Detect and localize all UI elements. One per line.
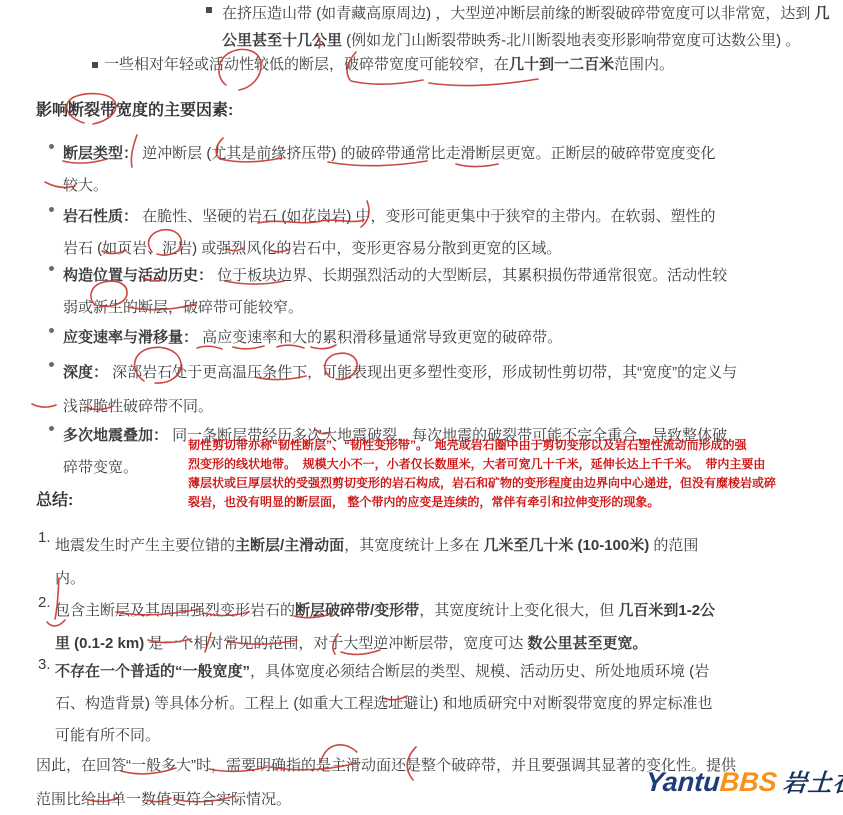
text-segment: 是一个相对常见的范围，对于大型逆冲断层带，宽度可达 <box>144 635 527 652</box>
text-segment: 因此，在回答“一般多大”时，需要明确指的是主滑动面还是整个破碎带，并且要强调其显… <box>36 757 736 774</box>
document-page: 在挤压造山带 (如青藏高原周边) ，大型逆冲断层前缘的断裂破碎带宽度可以非常宽，… <box>0 0 843 815</box>
text-line: 因此，在回答“一般多大”时，需要明确指的是主滑动面还是整个破碎带，并且要强调其显… <box>36 749 736 783</box>
text-segment: 裂岩，也没有明显的断层面， 整个带内的应变是连续的，常伴有牵引和拉伸变形的现象。 <box>188 495 659 509</box>
text-segment: ，其宽度统计上变化很大，但 <box>419 602 618 619</box>
factor-rock-properties: 岩石性质： 在脆性、坚硬的岩石 (如花岗岩) 中，变形可能更集中于狭窄的主带内。… <box>63 201 716 265</box>
text-segment: 断层类型： <box>63 145 138 162</box>
text-segment: 逆冲断层 (尤其是前缘挤压带) 的破碎带通常比走滑断层更宽。正断层的破碎带宽度变… <box>138 145 716 162</box>
summary-item-no-universal-width: 不存在一个普适的“一般宽度”，具体宽度必须结合断层的类型、规模、活动历史、所处地… <box>55 656 713 752</box>
text-line: 深度： 深部岩石处于更高温压条件下，可能表现出更多塑性变形，形成韧性剪切带，其“… <box>63 356 737 390</box>
closing-paragraph: 因此，在回答“一般多大”时，需要明确指的是主滑动面还是整个破碎带，并且要强调其显… <box>36 749 736 815</box>
text-segment: 韧性剪切带亦称“韧性断层”、“韧性变形带”。 地壳或岩石圈中由于剪切变形以及岩石… <box>188 438 747 452</box>
bullet-dot-icon <box>49 328 54 333</box>
text-line: 内。 <box>55 562 698 595</box>
list-number: 3. <box>38 656 51 673</box>
factor-fault-type: 断层类型： 逆冲断层 (尤其是前缘挤压带) 的破碎带通常比走滑断层更宽。正断层的… <box>63 138 716 202</box>
text-segment: 位于板块边界、长期强烈活动的大型断层，其累积损伤带通常很宽。活动性较 <box>213 267 727 284</box>
text-segment: 高应变速率和大的累积滑移量通常导致更宽的破碎带。 <box>198 329 562 346</box>
text-segment: 浅部脆性破碎带不同。 <box>63 398 213 415</box>
text-segment: ，具体宽度必须结合断层的类型、规模、活动历史、所处地质环境 (岩 <box>250 663 709 680</box>
text-segment: ，其宽度统计上多在 <box>344 537 483 554</box>
text-segment: 深度： <box>63 364 108 381</box>
bullet-young-faults: 一些相对年轻或活动性较低的断层，破碎带宽度可能较窄，在几十到一二百米范围内。 <box>104 55 674 75</box>
factor-strain-rate: 应变速率与滑移量： 高应变速率和大的累积滑移量通常导致更宽的破碎带。 <box>63 322 562 354</box>
text-line: 地震发生时产生主要位错的主断层/主滑动面，其宽度统计上多在 几米至几十米 (10… <box>55 529 698 562</box>
text-segment: 烈变形的线状地带。 规模大小不一，小者仅长数厘米，大者可宽几十千米，延伸长达上千… <box>188 457 765 471</box>
text-line: 构造位置与活动历史： 位于板块边界、长期强烈活动的大型断层，其累积损伤带通常很宽… <box>63 260 727 292</box>
text-segment: 包含主断层及其周围强烈变形岩石的 <box>55 602 295 619</box>
square-bullet-icon <box>206 7 212 13</box>
text-line: 较大。 <box>63 170 716 202</box>
text-segment: 薄层状或巨厚层状的受强烈剪切变形的岩石构成，岩石和矿物的变形程度由边界向中心递进… <box>188 476 776 490</box>
pen-stroke <box>32 404 56 407</box>
text-segment: 深部岩石处于更高温压条件下，可能表现出更多塑性变形，形成韧性剪切带，其“宽度”的… <box>108 364 737 381</box>
text-segment: 范围比给出单一数值更符合实际情况。 <box>36 791 291 808</box>
pen-stroke <box>351 80 423 84</box>
heading-factors: 影响断裂带宽度的主要因素: <box>36 97 233 120</box>
yantubbs-watermark-logo: YantuBBS岩土在线 <box>645 763 843 798</box>
text-segment: 几米至几十米 (10-100米) <box>483 537 649 554</box>
list-number: 1. <box>38 529 51 546</box>
text-line: 薄层状或巨厚层状的受强烈剪切变形的岩石构成，岩石和矿物的变形程度由边界向中心递进… <box>188 474 776 493</box>
text-segment: 较大。 <box>63 177 108 194</box>
text-segment: 岩石性质： <box>63 208 138 225</box>
text-segment: 弱或新生的断层，破碎带可能较窄。 <box>63 299 303 316</box>
text-line: 范围比给出单一数值更符合实际情况。 <box>36 783 736 815</box>
text-line: 应变速率与滑移量： 高应变速率和大的累积滑移量通常导致更宽的破碎带。 <box>63 322 562 354</box>
square-bullet-icon <box>92 62 98 68</box>
list-number: 2. <box>38 594 51 611</box>
text-segment: 岩石 (如页岩、泥岩) 或强烈风化的岩石中，变形更容易分散到更宽的区域。 <box>63 240 561 257</box>
watermark-yantu: Yantu <box>645 767 721 798</box>
text-segment: 多次地震叠加： <box>63 427 168 444</box>
text-segment: 构造位置与活动历史： <box>63 267 213 284</box>
pen-stroke <box>429 79 538 86</box>
text-line: 裂岩，也没有明显的断层面， 整个带内的应变是连续的，常伴有牵引和拉伸变形的现象。 <box>188 493 776 512</box>
red-note-ductile-shear-zone: 韧性剪切带亦称“韧性断层”、“韧性变形带”。 地壳或岩石圈中由于剪切变形以及岩石… <box>188 436 776 512</box>
text-line: 浅部脆性破碎带不同。 <box>63 390 737 424</box>
factor-depth: 深度： 深部岩石处于更高温压条件下，可能表现出更多塑性变形，形成韧性剪切带，其“… <box>63 356 737 424</box>
text-line: 弱或新生的断层，破碎带可能较窄。 <box>63 292 727 324</box>
text-segment: 在脆性、坚硬的岩石 (如花岗岩) 中，变形可能更集中于狭窄的主带内。在软弱、塑性… <box>138 208 716 225</box>
summary-item-fracture-zone: 包含主断层及其周围强烈变形岩石的断层破碎带/变形带，其宽度统计上变化很大，但 几… <box>55 594 715 660</box>
text-line: 可能有所不同。 <box>55 720 713 752</box>
bullet-dot-icon <box>49 207 54 212</box>
text-segment: 断层破碎带/变形带 <box>295 602 419 619</box>
bullet-thrust-orogen: 在挤压造山带 (如青藏高原周边) ，大型逆冲断层前缘的断裂破碎带宽度可以非常宽，… <box>222 0 830 54</box>
text-line: 岩石性质： 在脆性、坚硬的岩石 (如花岗岩) 中，变形可能更集中于狭窄的主带内。… <box>63 201 716 233</box>
text-segment: 可能有所不同。 <box>55 727 160 744</box>
text-segment: 碎带变宽。 <box>63 459 138 476</box>
bullet-dot-icon <box>49 362 54 367</box>
text-segment: 数公里甚至更宽。 <box>528 635 648 652</box>
text-segment: 应变速率与滑移量： <box>63 329 198 346</box>
text-segment: 几百米到1-2公 <box>618 602 715 619</box>
text-segment: 公里甚至十几公里 <box>222 32 342 49</box>
text-segment: 一些相对年轻或活动性较低的断层，破碎带宽度可能较窄，在 <box>104 56 509 73</box>
text-segment: 范围内。 <box>614 56 674 73</box>
text-line: 烈变形的线状地带。 规模大小不一，小者仅长数厘米，大者可宽几十千米，延伸长达上千… <box>188 455 776 474</box>
text-segment: 石、构造背景) 等具体分析。工程上 (如重大工程选址避让) 和地质研究中对断裂带… <box>55 695 713 712</box>
text-line: 一些相对年轻或活动性较低的断层，破碎带宽度可能较窄，在几十到一二百米范围内。 <box>104 55 674 75</box>
text-segment: 不存在一个普适的“一般宽度” <box>55 663 250 680</box>
heading-summary: 总结: <box>36 487 73 510</box>
text-segment: (例如龙门山断裂带映秀-北川断裂地表变形影响带宽度可达数公里) 。 <box>342 32 800 49</box>
text-line: 包含主断层及其周围强烈变形岩石的断层破碎带/变形带，其宽度统计上变化很大，但 几… <box>55 594 715 627</box>
text-segment: 在挤压造山带 (如青藏高原周边) ，大型逆冲断层前缘的断裂破碎带宽度可以非常宽，… <box>222 5 815 22</box>
text-segment: 地震发生时产生主要位错的 <box>55 537 235 554</box>
text-segment: 里 (0.1-2 km) <box>55 635 144 652</box>
text-line: 在挤压造山带 (如青藏高原周边) ，大型逆冲断层前缘的断裂破碎带宽度可以非常宽，… <box>222 0 830 27</box>
text-segment: 几 <box>815 5 830 22</box>
text-segment: 几十到一二百米 <box>509 56 614 73</box>
text-segment: 内。 <box>55 570 85 587</box>
bullet-dot-icon <box>49 144 54 149</box>
watermark-chinese-name: 岩土在线 <box>782 763 843 798</box>
text-line: 断层类型： 逆冲断层 (尤其是前缘挤压带) 的破碎带通常比走滑断层更宽。正断层的… <box>63 138 716 170</box>
watermark-bbs: BBS <box>719 767 778 798</box>
text-segment: 主断层/主滑动面 <box>235 537 344 554</box>
text-line: 石、构造背景) 等具体分析。工程上 (如重大工程选址避让) 和地质研究中对断裂带… <box>55 688 713 720</box>
factor-tectonic-setting: 构造位置与活动历史： 位于板块边界、长期强烈活动的大型断层，其累积损伤带通常很宽… <box>63 260 727 324</box>
bullet-dot-icon <box>49 266 54 271</box>
summary-item-main-slip-plane: 地震发生时产生主要位错的主断层/主滑动面，其宽度统计上多在 几米至几十米 (10… <box>55 529 698 595</box>
text-line: 韧性剪切带亦称“韧性断层”、“韧性变形带”。 地壳或岩石圈中由于剪切变形以及岩石… <box>188 436 776 455</box>
text-line: 不存在一个普适的“一般宽度”，具体宽度必须结合断层的类型、规模、活动历史、所处地… <box>55 656 713 688</box>
text-line: 公里甚至十几公里 (例如龙门山断裂带映秀-北川断裂地表变形影响带宽度可达数公里)… <box>222 27 830 54</box>
bullet-dot-icon <box>49 426 54 431</box>
text-segment: 的范围 <box>649 537 698 554</box>
